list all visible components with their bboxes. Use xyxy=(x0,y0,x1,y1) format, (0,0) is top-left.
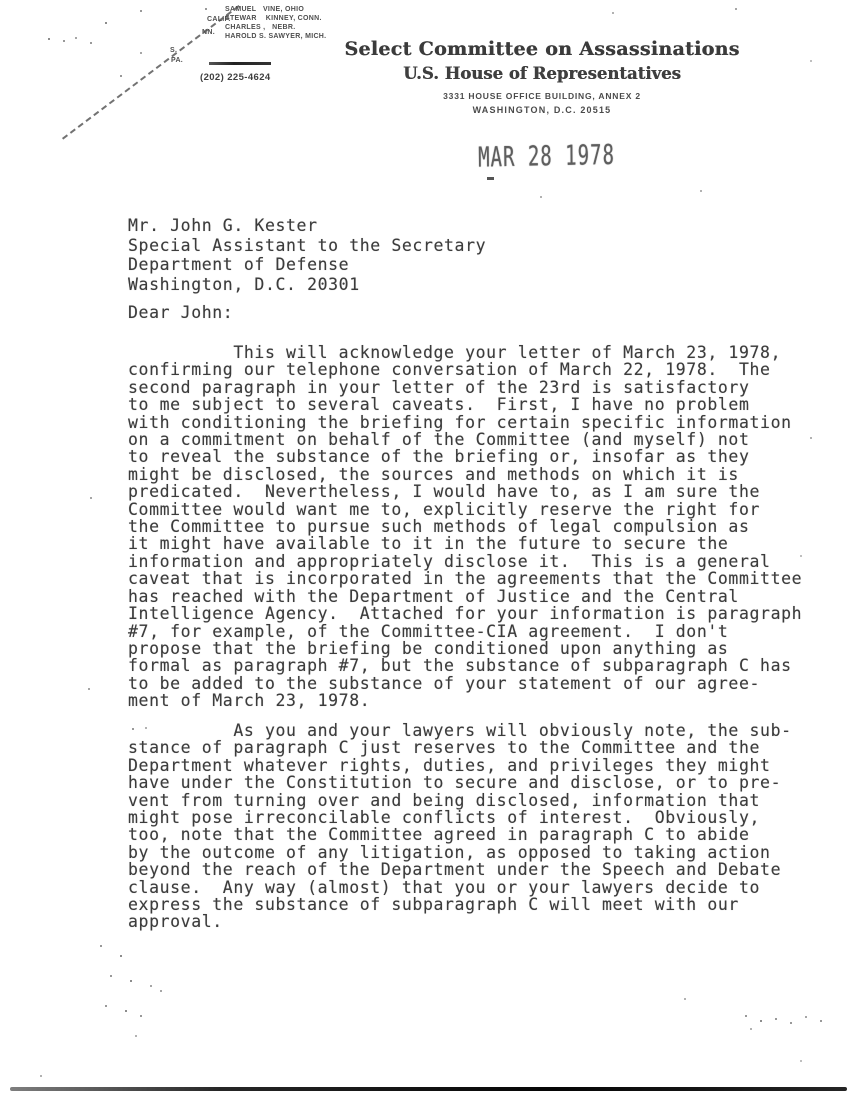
state-fragment-calif: CALIF. xyxy=(207,16,231,23)
state-fragment-conn: NN. xyxy=(202,29,215,36)
recipient-address: Mr. John G. Kester Special Assistant to … xyxy=(128,216,486,294)
stamp-ink-mark xyxy=(487,177,494,180)
letterhead-chamber: U.S. House of Representatives xyxy=(330,64,754,83)
state-fragment-s: S. xyxy=(170,47,177,54)
letterhead-phone: (202) 225-4624 xyxy=(200,72,271,83)
state-fragment-pa: PA. xyxy=(171,57,183,64)
letter-page: SAMUEL VINE, OHIO STEWAR KINNEY, CONN. C… xyxy=(0,0,847,1099)
date-stamp: MAR 28 1978 xyxy=(478,139,615,174)
body-paragraph-2: As you and your lawyers will obviously n… xyxy=(128,722,792,931)
letterhead-masthead: Select Committee on Assassinations U.S. … xyxy=(330,38,754,115)
letterhead-members: SAMUEL VINE, OHIO STEWAR KINNEY, CONN. C… xyxy=(225,5,326,41)
letterhead-divider xyxy=(209,62,271,65)
body-paragraph-1: This will acknowledge your letter of Mar… xyxy=(128,344,802,710)
letterhead-address-line2: WASHINGTON, D.C. 20515 xyxy=(330,105,754,115)
scan-edge-line xyxy=(10,1087,847,1091)
salutation: Dear John: xyxy=(128,304,233,321)
letterhead-address-line1: 3331 HOUSE OFFICE BUILDING, ANNEX 2 xyxy=(330,91,754,101)
letterhead-committee-name: Select Committee on Assassinations xyxy=(330,38,754,60)
scan-noise-speckles xyxy=(0,0,2,2)
